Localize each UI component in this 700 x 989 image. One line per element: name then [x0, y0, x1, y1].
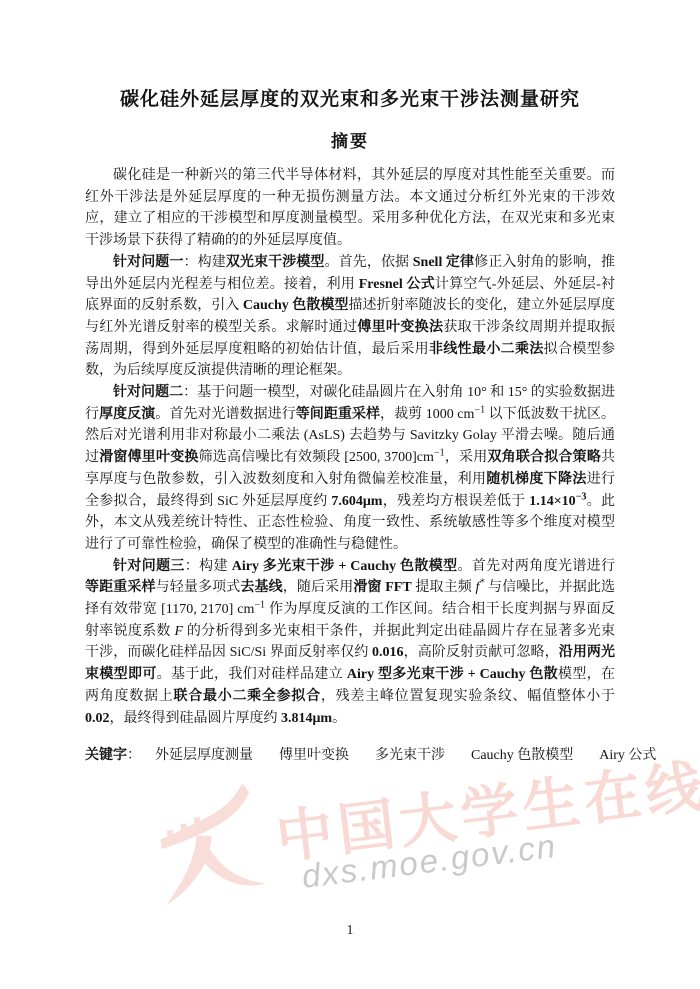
text-run: 滑窗 FFT [353, 580, 411, 595]
text-run: F [174, 624, 183, 639]
text-run: Snell 定律 [413, 255, 474, 270]
text-run: 0.016 [372, 645, 404, 660]
paragraph: 针对问题一：构建双光束干涉模型。首先，依据 Snell 定律修正入射角的影响，推… [85, 252, 615, 382]
text-run: 提取主频 [412, 580, 476, 595]
text-run: 。 [332, 711, 346, 726]
text-run: Fresnel 公式 [359, 277, 435, 292]
watermark-logo-icon [150, 779, 273, 920]
text-run: 针对问题一 [113, 255, 184, 270]
text-run: 与轻量多项式 [156, 580, 241, 595]
keyword-item: 多光束干涉 [375, 748, 445, 763]
page-footer: 1 [0, 922, 700, 938]
text-run: ，采用 [445, 450, 488, 465]
text-run: 等距重采样 [85, 580, 156, 595]
text-run: Airy 型多光束干涉 + Cauchy 色散 [347, 667, 558, 682]
text-run: 双角联合拟合策略 [487, 450, 601, 465]
text-run: ：构建 [184, 255, 226, 270]
text-run: 针对问题二 [113, 385, 183, 400]
text-run: ，残差主峰位置复现实验条纹、幅值整体小于 [321, 689, 615, 704]
text-run: 非线性最小二乘法 [429, 342, 544, 357]
keywords-items: 外延层厚度测量傅里叶变换多光束干涉Cauchy 色散模型Airy 公式 [155, 748, 656, 763]
text-run: 傅里叶变换法 [357, 320, 443, 335]
text-run: Airy 多光束干涉 + Cauchy 色散模型 [232, 559, 458, 574]
text-run: −1 [434, 447, 445, 458]
page-number: 1 [347, 922, 354, 937]
text-run: 厚度反演 [99, 407, 155, 422]
keywords-line: 关键字：外延层厚度测量傅里叶变换多光束干涉Cauchy 色散模型Airy 公式 [85, 745, 615, 767]
text-run: 双光束干涉模型 [226, 255, 325, 270]
text-run: ，裁剪 1000 cm [380, 407, 474, 422]
text-run: 碳化硅是一种新兴的第三代半导体材料，其外延层的厚度对其性能至关重要。而红外干涉法… [85, 168, 615, 248]
paragraph: 碳化硅是一种新兴的第三代半导体材料，其外延层的厚度对其性能至关重要。而红外干涉法… [85, 165, 615, 252]
text-run: 筛选高信噪比有效频段 [2500, 3700]cm [199, 450, 434, 465]
text-run: −1 [474, 404, 485, 415]
text-run: 随机梯度下降法 [486, 472, 586, 487]
paragraph: 针对问题二：基于问题一模型，对碳化硅晶圆片在入射角 10° 和 15° 的实验数… [85, 382, 615, 556]
page-title: 碳化硅外延层厚度的双光束和多光束干涉法测量研究 [85, 84, 615, 111]
text-run: Cauchy 色散模型 [243, 298, 349, 313]
keywords-colon: ： [127, 748, 141, 763]
document-content: 碳化硅外延层厚度的双光束和多光束干涉法测量研究 摘要 碳化硅是一种新兴的第三代半… [0, 0, 700, 767]
keywords-label: 关键字 [85, 748, 127, 763]
keyword-item: Airy 公式 [599, 748, 656, 763]
text-run: 去基线 [240, 580, 282, 595]
text-run: 针对问题三 [113, 559, 185, 574]
text-run: 。首先，依据 [325, 255, 413, 270]
text-run: 。首先对两角度光谱进行 [457, 559, 615, 574]
keyword-item: 外延层厚度测量 [155, 748, 253, 763]
abstract-heading: 摘要 [85, 127, 615, 152]
text-run: 7.604μm [331, 494, 382, 509]
paragraph: 针对问题三：构建 Airy 多光束干涉 + Cauchy 色散模型。首先对两角度… [85, 556, 615, 730]
text-run: 联合最小二乘全参拟合 [173, 689, 320, 704]
text-run: −1 [254, 599, 265, 610]
text-run: ，最终得到硅晶圆片厚度约 [110, 711, 282, 726]
text-run: −3 [576, 491, 587, 502]
text-run: 。首先对光谱数据进行 [155, 407, 295, 422]
text-run: ，随后采用 [283, 580, 354, 595]
keyword-item: 傅里叶变换 [279, 748, 349, 763]
document-page: 中国大学生在线 dxs.moe.gov.cn 碳化硅外延层厚度的双光束和多光束干… [0, 0, 700, 989]
text-run: 3.814μm [281, 711, 332, 726]
text-run: 0.02 [85, 711, 110, 726]
text-run: 滑窗傅里叶变换 [99, 450, 198, 465]
keyword-item: Cauchy 色散模型 [471, 748, 573, 763]
text-run: 。基于此，我们对硅样品建立 [157, 667, 347, 682]
watermark-url: dxs.moe.gov.cn [300, 827, 559, 896]
text-run: ，残差均方根误差低于 [382, 494, 529, 509]
text-run: 1.14×10 [529, 494, 575, 509]
abstract-body: 碳化硅是一种新兴的第三代半导体材料，其外延层的厚度对其性能至关重要。而红外干涉法… [85, 165, 615, 729]
text-run: ：构建 [185, 559, 232, 574]
text-run: 等间距重采样 [296, 407, 380, 422]
text-run: ，高阶反射贡献可忽略， [404, 645, 559, 660]
